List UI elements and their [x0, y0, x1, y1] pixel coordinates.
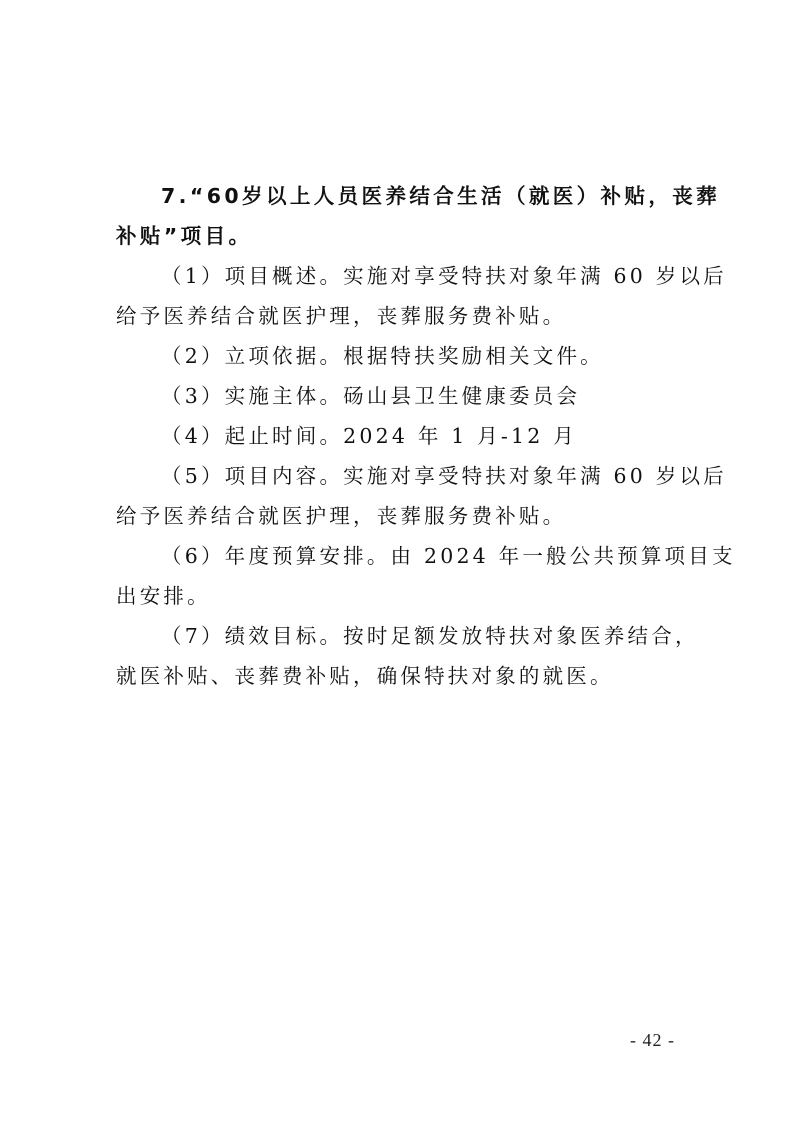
document-page: 7.“60岁以上人员医养结合生活（就医）补贴，丧葬 补贴”项目。 （1）项目概述… — [0, 0, 793, 1122]
heading-line-2: 补贴”项目。 — [116, 216, 676, 256]
item-implementer: （3）实施主体。砀山县卫生健康委员会 — [116, 376, 676, 416]
item-budget-line-2: 出安排。 — [116, 576, 676, 616]
heading-line-1: 7.“60岁以上人员医养结合生活（就医）补贴，丧葬 — [116, 176, 676, 216]
item-budget: （6）年度预算安排。由 2024 年一般公共预算项目支 出安排。 — [116, 536, 676, 616]
item-basis: （2）立项依据。根据特扶奖励相关文件。 — [116, 336, 676, 376]
section-heading: 7.“60岁以上人员医养结合生活（就医）补贴，丧葬 补贴”项目。 — [116, 176, 676, 256]
item-goal-line-2: 就医补贴、丧葬费补贴，确保特扶对象的就医。 — [116, 656, 676, 696]
item-content: （5）项目内容。实施对享受特扶对象年满 60 岁以后 给予医养结合就医护理，丧葬… — [116, 456, 676, 536]
document-body: 7.“60岁以上人员医养结合生活（就医）补贴，丧葬 补贴”项目。 （1）项目概述… — [116, 176, 676, 696]
item-overview: （1）项目概述。实施对享受特扶对象年满 60 岁以后 给予医养结合就医护理，丧葬… — [116, 256, 676, 336]
page-number: - 42 - — [630, 1030, 675, 1051]
item-budget-line-1: （6）年度预算安排。由 2024 年一般公共预算项目支 — [116, 536, 676, 576]
item-period: （4）起止时间。2024 年 1 月-12 月 — [116, 416, 676, 456]
item-basis-line-1: （2）立项依据。根据特扶奖励相关文件。 — [116, 336, 676, 376]
item-overview-line-1: （1）项目概述。实施对享受特扶对象年满 60 岁以后 — [116, 256, 676, 296]
item-goal-line-1: （7）绩效目标。按时足额发放特扶对象医养结合， — [116, 616, 676, 656]
item-content-line-2: 给予医养结合就医护理，丧葬服务费补贴。 — [116, 496, 676, 536]
item-implementer-line-1: （3）实施主体。砀山县卫生健康委员会 — [116, 376, 676, 416]
item-period-line-1: （4）起止时间。2024 年 1 月-12 月 — [116, 416, 676, 456]
item-content-line-1: （5）项目内容。实施对享受特扶对象年满 60 岁以后 — [116, 456, 676, 496]
item-performance-goal: （7）绩效目标。按时足额发放特扶对象医养结合， 就医补贴、丧葬费补贴，确保特扶对… — [116, 616, 676, 696]
item-overview-line-2: 给予医养结合就医护理，丧葬服务费补贴。 — [116, 296, 676, 336]
